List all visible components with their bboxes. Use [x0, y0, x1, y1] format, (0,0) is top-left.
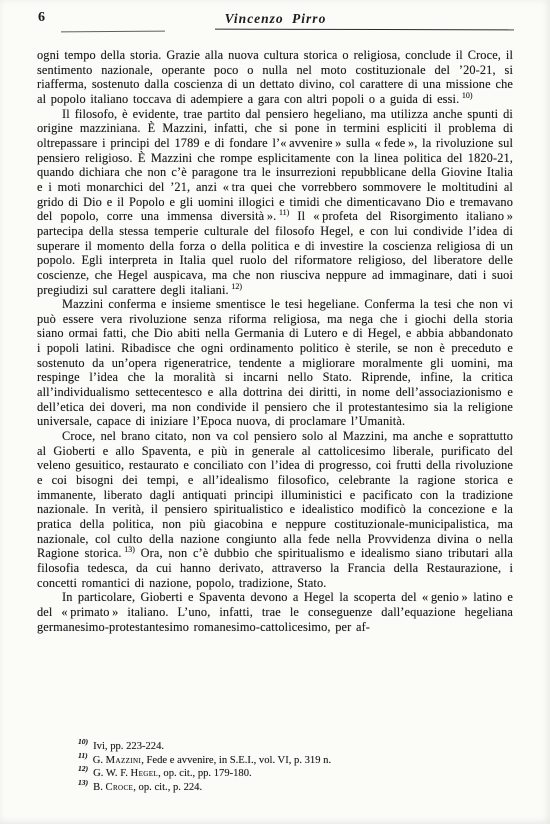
- header-rule-right: [215, 29, 514, 31]
- text-run: culto della nazione: [117, 532, 219, 546]
- text-run: op. cit.: [163, 768, 192, 779]
- text-run: , in: [214, 755, 230, 766]
- page-header: 6 Vincenzo Pirro: [37, 10, 514, 36]
- text-run: op. cit.: [139, 782, 168, 793]
- header-rule-left: [61, 31, 165, 33]
- running-head-author: Vincenzo Pirro: [37, 11, 514, 27]
- paragraph: Mazzini conferma e insieme smentisce le …: [37, 297, 513, 429]
- text-run: S.E.I.: [230, 755, 254, 766]
- text-run: sostenuto dalla coscienza di un dettato …: [92, 77, 332, 91]
- text-run: , pp. 179-180.: [193, 768, 252, 779]
- text-run: , pp. 223-224.: [105, 741, 164, 752]
- paragraph: Croce, nel brano citato, non va col pens…: [37, 429, 513, 590]
- text-run: Dio e il Popolo: [83, 195, 165, 209]
- text-run: e i moti: [37, 180, 87, 194]
- text-run: oltrepassare: [37, 136, 97, 150]
- text-run: Fede e avvenire: [147, 755, 214, 766]
- paragraph: Il filosofo, è evidente, trae partito da…: [37, 107, 513, 298]
- footnote-ref: 12): [231, 282, 242, 291]
- footnote-ref: 11): [279, 208, 289, 217]
- footnote: 12)G. W. F. Hegel, op. cit., pp. 179-180…: [78, 767, 505, 781]
- body-text: ogni tempo della storia. Grazie alla nuo…: [37, 48, 513, 634]
- paragraph: In particolare, Gioberti e Spaventa devo…: [37, 590, 513, 634]
- text-run: G.: [93, 755, 106, 766]
- footnote: 13)B. Croce, op. cit., p. 224.: [78, 781, 505, 795]
- footnote-marker: 12): [78, 764, 88, 773]
- footnote: 10)Ivi, pp. 223-224.: [78, 740, 505, 754]
- text-run: Mazzini: [106, 755, 142, 766]
- footnote-marker: 10): [78, 737, 88, 746]
- footnote-ref: 13): [124, 545, 135, 554]
- text-run: Hegel: [131, 768, 159, 779]
- book-page: 6 Vincenzo Pirro ogni tempo della storia…: [0, 0, 550, 824]
- footnote-marker: 13): [78, 778, 88, 787]
- text-run: repubblicane: [341, 165, 406, 179]
- text-run: fondare: [229, 136, 268, 150]
- text-run: avvenire: [289, 136, 332, 150]
- text-run: Croce, nel brano citato, non va col pens…: [37, 429, 513, 546]
- text-run: della: [407, 165, 442, 179]
- text-run: B.: [93, 782, 105, 793]
- paragraph: ogni tempo della storia. Grazie alla nuo…: [37, 48, 513, 107]
- text-run: Il filosofo, è evidente, trae partito da…: [37, 107, 513, 136]
- footnotes-block: 10)Ivi, pp. 223-224.11)G. Mazzini, Fede …: [78, 740, 505, 794]
- text-run: , p. 224.: [168, 782, 202, 793]
- footnote-marker: 11): [78, 751, 88, 760]
- text-run: Ivi: [93, 741, 105, 752]
- footnote-ref: 10): [462, 91, 473, 100]
- text-run: Giovine Italia: [441, 165, 513, 179]
- text-run: Croce: [106, 782, 134, 793]
- text-run: i principi del 1789 e di: [97, 136, 229, 150]
- text-run: l’«: [268, 136, 289, 150]
- text-run: In particolare, Gioberti e Spaventa devo…: [37, 590, 513, 633]
- text-run: , vol. VI, p. 319 n.: [254, 755, 332, 766]
- text-run: monarchici: [87, 180, 144, 194]
- footnote: 11)G. Mazzini, Fede e avvenire, in S.E.I…: [78, 754, 505, 768]
- text-run: G. W. F.: [93, 768, 130, 779]
